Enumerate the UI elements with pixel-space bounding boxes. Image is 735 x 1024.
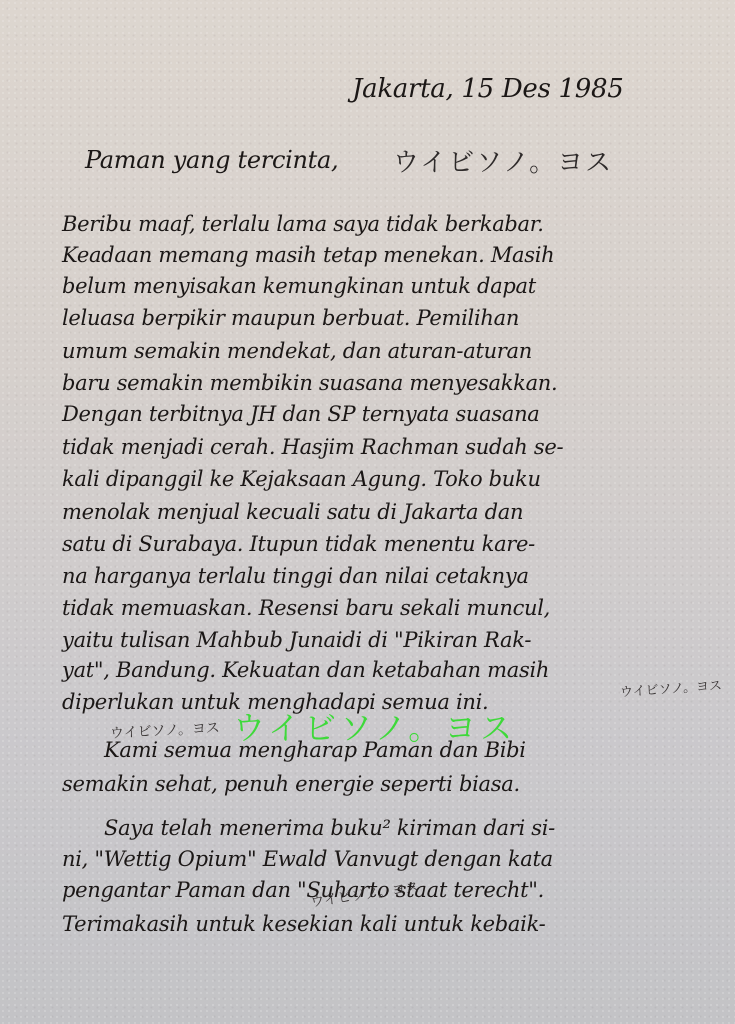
- letter-line: umum semakin mendekat, dan aturan-aturan: [62, 341, 532, 362]
- letter-line: yat", Bandung. Kekuatan dan ketabahan ma…: [62, 660, 549, 681]
- letter-line: pengantar Paman dan "Suharto staat terec…: [62, 880, 544, 901]
- letter-salutation: Paman yang tercinta,: [85, 148, 338, 172]
- letter-line: Kami semua mengharap Paman dan Bibi: [104, 740, 526, 761]
- letter-line: Dengan terbitnya JH dan SP ternyata suas…: [62, 404, 540, 425]
- letter-line: Terimakasih untuk kesekian kali untuk ke…: [62, 914, 545, 935]
- letter-line: ni, "Wettig Opium" Ewald Vanvugt dengan …: [62, 849, 553, 870]
- letter-line: tidak menjadi cerah. Hasjim Rachman suda…: [62, 437, 563, 458]
- letter-line: menolak menjual kecuali satu di Jakarta …: [62, 502, 523, 523]
- letter-line: Saya telah menerima buku² kiriman dari s…: [104, 818, 555, 839]
- letter-line: tidak memuaskan. Resensi baru sekali mun…: [62, 598, 550, 619]
- letter-line: yaitu tulisan Mahbub Junaidi di "Pikiran…: [62, 630, 531, 651]
- letter-line: belum menyisakan kemungkinan untuk dapat: [62, 276, 536, 297]
- katakana-signature-top: ウイビソノ。ヨス: [393, 150, 613, 176]
- letter-line: Keadaan memang masih tetap menekan. Masi…: [62, 245, 554, 266]
- letter-line: leluasa berpikir maupun berbuat. Pemilih…: [62, 308, 519, 329]
- letter-line: satu di Surabaya. Itupun tidak menentu k…: [62, 534, 535, 555]
- letter-line: Beribu maaf, terlalu lama saya tidak ber…: [62, 214, 544, 235]
- letter-line: kali dipanggil ke Kejaksaan Agung. Toko …: [62, 469, 541, 490]
- letter-line: na harganya terlalu tinggi dan nilai cet…: [62, 566, 529, 587]
- letter-line: baru semakin membikin suasana menyesakka…: [62, 373, 557, 394]
- letter-date: Jakarta, 15 Des 1985: [352, 76, 623, 102]
- letter-line: semakin sehat, penuh energie seperti bia…: [62, 774, 520, 795]
